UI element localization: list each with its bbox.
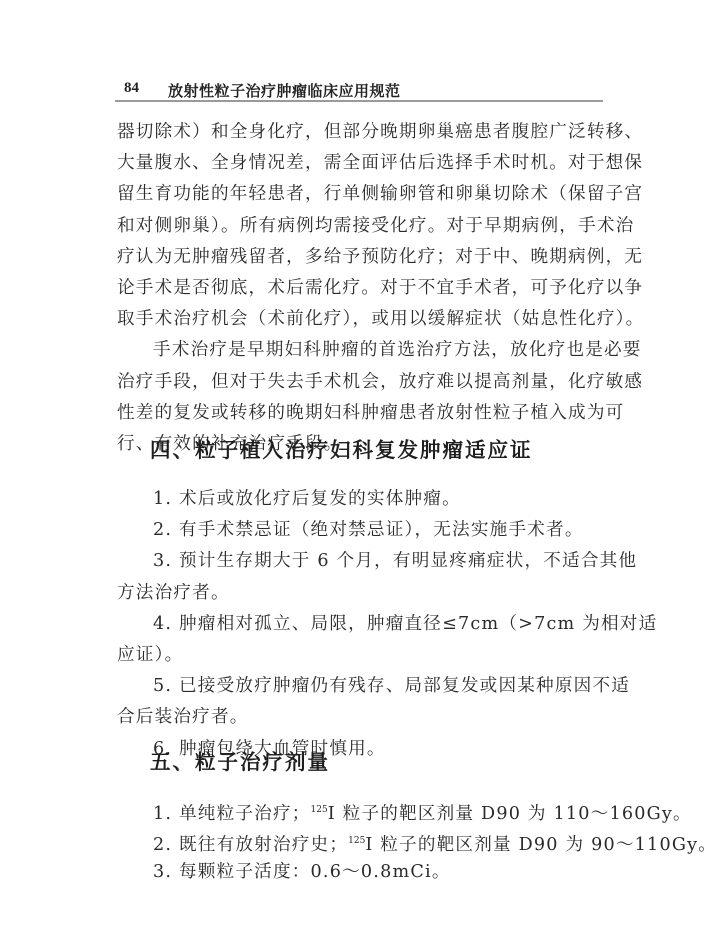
header-rule: [115, 100, 603, 102]
text-line: 取手术治疗机会（术前化疗），或用以缓解症状（姑息性化疗）。: [117, 304, 603, 335]
text-line: 器切除术）和全身化疗，但部分晚期卵巢癌患者腹腔广泛转移、: [117, 117, 603, 148]
text-line: 留生育功能的年轻患者，行单侧输卵管和卵巢切除术（保留子宫: [117, 179, 603, 210]
text-line: 性差的复发或转移的晚期妇科肿瘤患者放射性粒子植入成为可: [117, 398, 603, 429]
section-heading-indications: 四、粒子植入治疗妇科复发肿瘤适应证: [150, 433, 533, 463]
text-line: 治疗手段，但对于失去手术机会，放疗难以提高剂量，化疗敏感: [117, 367, 603, 398]
book-title: 放射性粒子治疗肿瘤临床应用规范: [168, 80, 401, 101]
list-item: 4. 肿瘤相对孤立、局限，肿瘤直径≤7cm（>7cm 为相对适: [117, 609, 603, 640]
running-head: 84 放射性粒子治疗肿瘤临床应用规范: [118, 80, 604, 102]
list-item-cont: 方法治疗者。: [117, 578, 603, 609]
text-line: 论手术是否彻底，术后需化疗。对于不宜手术者，可予化疗以争: [117, 273, 603, 304]
dosage-list: 1. 单纯粒子治疗；125I 粒子的靶区剂量 D90 为 110～160Gy。 …: [117, 795, 603, 889]
list-item-cont: 合后装治疗者。: [117, 702, 603, 733]
list-item: 2. 有手术禁忌证（绝对禁忌证），无法实施手术者。: [117, 515, 603, 546]
isotope-mass: 125: [348, 836, 365, 846]
list-item: 3. 每颗粒子活度：0.6～0.8mCi。: [117, 857, 603, 888]
paragraph-continuation: 器切除术）和全身化疗，但部分晚期卵巢癌患者腹腔广泛转移、 大量腹水、全身情况差，…: [117, 117, 603, 460]
section-heading-dosage: 五、粒子治疗剂量: [150, 745, 330, 775]
item-suffix: I 粒子的靶区剂量 D90 为 90～110Gy。: [365, 835, 717, 855]
book-page: 84 放射性粒子治疗肿瘤临床应用规范 器切除术）和全身化疗，但部分晚期卵巢癌患者…: [0, 0, 717, 940]
item-prefix: 1. 单纯粒子治疗；: [153, 804, 311, 824]
text-line: 手术治疗是早期妇科肿瘤的首选治疗方法，放化疗也是必要: [117, 335, 603, 366]
text-line: 疗认为无肿瘤残留者，多给予预防化疗；对于中、晚期病例，无: [117, 242, 603, 273]
indications-list: 1. 术后或放化疗后复发的实体肿瘤。 2. 有手术禁忌证（绝对禁忌证），无法实施…: [117, 484, 603, 765]
item-prefix: 3. 每颗粒子活度：0.6～0.8mCi。: [153, 862, 451, 882]
page-number: 84: [124, 80, 139, 97]
list-item: 3. 预计生存期大于 6 个月，有明显疼痛症状，不适合其他: [117, 546, 603, 577]
list-item: 5. 已接受放疗肿瘤仍有残存、局部复发或因某种原因不适: [117, 671, 603, 702]
item-suffix: I 粒子的靶区剂量 D90 为 110～160Gy。: [328, 804, 692, 824]
list-item: 2. 既往有放射治疗史；125I 粒子的靶区剂量 D90 为 90～110Gy。: [117, 826, 603, 857]
text-line: 和对侧卵巢）。所有病例均需接受化疗。对于早期病例，手术治: [117, 211, 603, 242]
list-item: 1. 术后或放化疗后复发的实体肿瘤。: [117, 484, 603, 515]
list-item-cont: 应证）。: [117, 640, 603, 671]
text-line: 大量腹水、全身情况差，需全面评估后选择手术时机。对于想保: [117, 148, 603, 179]
list-item: 1. 单纯粒子治疗；125I 粒子的靶区剂量 D90 为 110～160Gy。: [117, 795, 603, 826]
item-prefix: 2. 既往有放射治疗史；: [153, 835, 348, 855]
isotope-mass: 125: [311, 805, 328, 815]
